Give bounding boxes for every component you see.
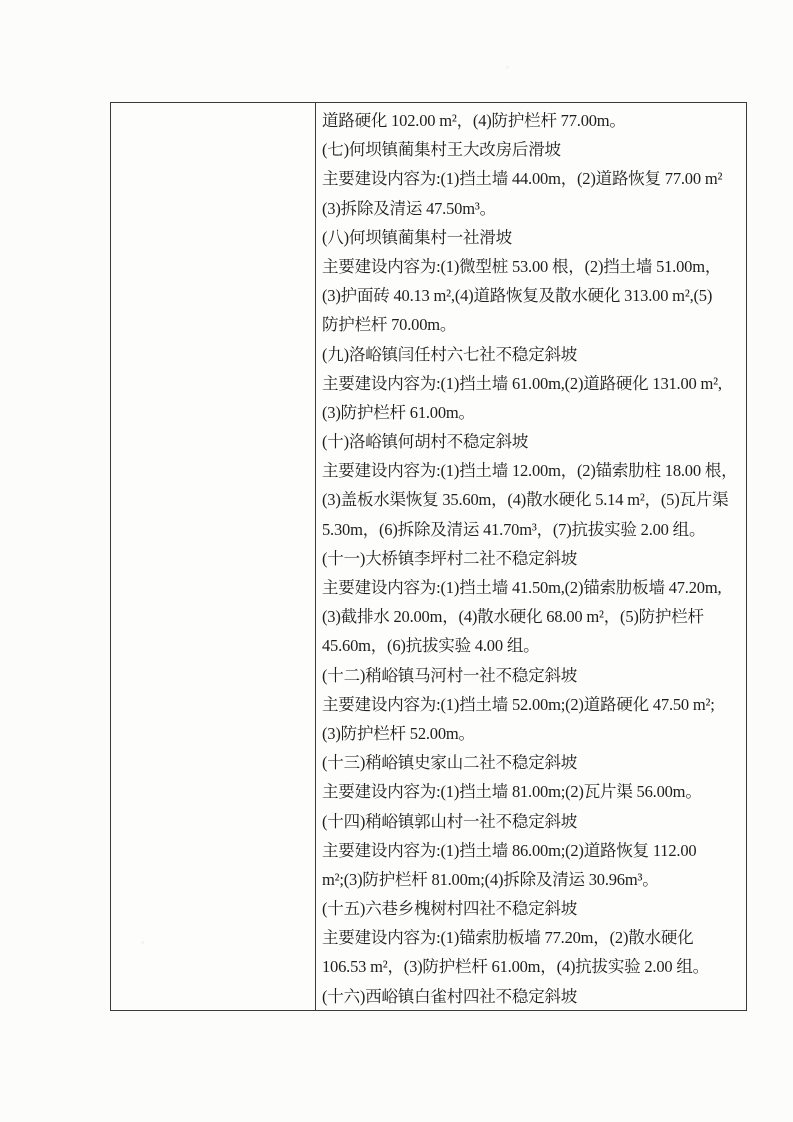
text-line: (3)拆除及清运 47.50m³。 — [322, 194, 744, 223]
text-line: (十六)西峪镇白雀村四社不稳定斜坡 — [322, 982, 744, 1010]
text-line: 主要建设内容为:(1)挡土墙 61.00m,(2)道路硬化 131.00 m², — [322, 369, 744, 398]
content-table: 道路硬化 102.00 m²，(4)防护栏杆 77.00m。 (七)何坝镇蔺集村… — [110, 102, 747, 1011]
text-line: (八)何坝镇蔺集村一社滑坡 — [322, 223, 744, 252]
text-line: (十)洛峪镇何胡村不稳定斜坡 — [322, 427, 744, 456]
text-line: 5.30m，(6)拆除及清运 41.70m³，(7)抗拔实验 2.00 组。 — [322, 515, 744, 544]
text-line: (3)防护栏杆 52.00m。 — [322, 719, 744, 748]
right-content-cell: 道路硬化 102.00 m²，(4)防护栏杆 77.00m。 (七)何坝镇蔺集村… — [316, 103, 746, 1010]
text-line: (十三)稍峪镇史家山二社不稳定斜坡 — [322, 748, 744, 777]
document-page: 道路硬化 102.00 m²，(4)防护栏杆 77.00m。 (七)何坝镇蔺集村… — [0, 0, 793, 1122]
text-line: 主要建设内容为:(1)挡土墙 12.00m，(2)锚索肋柱 18.00 根， — [322, 456, 744, 485]
text-line: 主要建设内容为:(1)挡土墙 86.00m;(2)道路恢复 112.00 — [322, 836, 744, 865]
left-empty-cell — [111, 103, 316, 1010]
text-line: 主要建设内容为:(1)挡土墙 44.00m，(2)道路恢复 77.00 m² — [322, 164, 744, 193]
text-line: (十四)稍峪镇郭山村一社不稳定斜坡 — [322, 807, 744, 836]
text-line: (十一)大桥镇李坪村二社不稳定斜坡 — [322, 544, 744, 573]
text-line: (3)盖板水渠恢复 35.60m，(4)散水硬化 5.14 m²，(5)瓦片渠 — [322, 485, 744, 514]
text-line: (3)防护栏杆 61.00m。 — [322, 398, 744, 427]
text-line: (3)截排水 20.00m，(4)散水硬化 68.00 m²，(5)防护栏杆 — [322, 602, 744, 631]
text-line: 主要建设内容为:(1)挡土墙 52.00m;(2)道路硬化 47.50 m²; — [322, 690, 744, 719]
text-line: (十五)六巷乡槐树村四社不稳定斜坡 — [322, 894, 744, 923]
text-line: m²;(3)防护栏杆 81.00m;(4)拆除及清运 30.96m³。 — [322, 865, 744, 894]
text-line: 45.60m，(6)抗拔实验 4.00 组。 — [322, 631, 744, 660]
text-line: 主要建设内容为:(1)锚索肋板墙 77.20m，(2)散水硬化 — [322, 923, 744, 952]
text-line: 防护栏杆 70.00m。 — [322, 310, 744, 339]
text-line: 主要建设内容为:(1)挡土墙 81.00m;(2)瓦片渠 56.00m。 — [322, 777, 744, 806]
text-line: (3)护面砖 40.13 m²,(4)道路恢复及散水硬化 313.00 m²,(… — [322, 281, 744, 310]
text-line: (十二)稍峪镇马河村一社不稳定斜坡 — [322, 661, 744, 690]
text-line: 主要建设内容为:(1)微型桩 53.00 根，(2)挡土墙 51.00m， — [322, 252, 744, 281]
text-line: 主要建设内容为:(1)挡土墙 41.50m,(2)锚索肋板墙 47.20m, — [322, 573, 744, 602]
text-line: (七)何坝镇蔺集村王大改房后滑坡 — [322, 135, 744, 164]
text-line: (九)洛峪镇闫任村六七社不稳定斜坡 — [322, 340, 744, 369]
text-line: 106.53 m²，(3)防护栏杆 61.00m，(4)抗拔实验 2.00 组。 — [322, 952, 744, 981]
text-line: 道路硬化 102.00 m²，(4)防护栏杆 77.00m。 — [322, 106, 744, 135]
